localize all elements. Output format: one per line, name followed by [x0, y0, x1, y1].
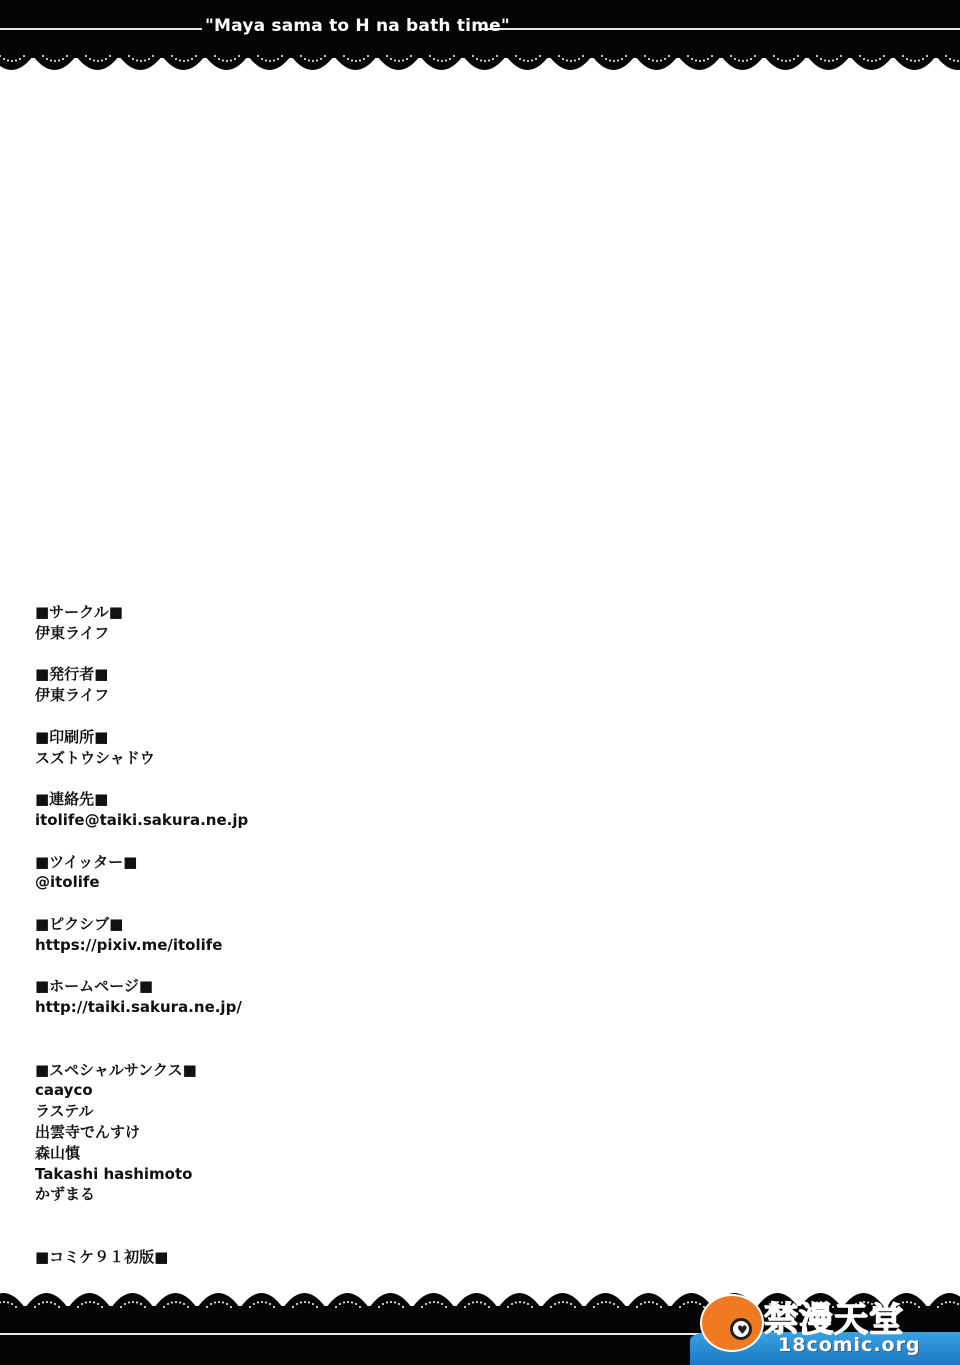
credit-section-printer: ■印刷所■ スズトウシャドウ — [35, 727, 248, 769]
section-heading: ■連絡先■ — [35, 789, 248, 810]
thanks-name: caayco — [35, 1080, 248, 1101]
section-heading: ■ツイッター■ — [35, 852, 248, 873]
twitter-handle: @itolife — [35, 872, 248, 893]
scallop-border-top — [0, 50, 960, 76]
credit-section-circle: ■サークル■ 伊東ライフ — [35, 602, 248, 644]
thanks-name: 出雲寺でんすけ — [35, 1122, 248, 1143]
section-value: スズトウシャドウ — [35, 748, 248, 769]
contact-email: itolife@taiki.sakura.ne.jp — [35, 810, 248, 831]
credit-section-pixiv: ■ピクシブ■ https://pixiv.me/itolife — [35, 914, 248, 956]
section-heading: ■スペシャルサンクス■ — [35, 1060, 248, 1081]
credit-section-special-thanks: ■スペシャルサンクス■ caayco ラステル 出雲寺でんすけ 森山慎 Taka… — [35, 1060, 248, 1206]
site-watermark: ♥ 禁漫天堂 18comic.org — [690, 1284, 960, 1365]
section-heading: ■ホームページ■ — [35, 976, 248, 997]
thanks-name: かずまる — [35, 1184, 248, 1205]
top-rule-left — [0, 28, 202, 30]
section-heading: ■ピクシブ■ — [35, 914, 248, 935]
watermark-url: 18comic.org — [778, 1334, 921, 1356]
homepage-url: http://taiki.sakura.ne.jp/ — [35, 997, 248, 1018]
credit-section-publisher: ■発行者■ 伊東ライフ — [35, 664, 248, 706]
whale-icon: ♥ — [700, 1294, 764, 1352]
section-heading: ■サークル■ — [35, 602, 248, 623]
credit-section-twitter: ■ツイッター■ @itolife — [35, 852, 248, 894]
section-heading: ■発行者■ — [35, 664, 248, 685]
edition-note: ■コミケ９１初版■ — [35, 1247, 248, 1268]
credit-section-homepage: ■ホームページ■ http://taiki.sakura.ne.jp/ — [35, 976, 248, 1018]
page-title: "Maya sama to H na bath time" — [205, 16, 480, 36]
thanks-name: 森山慎 — [35, 1143, 248, 1164]
credits-block: ■サークル■ 伊東ライフ ■発行者■ 伊東ライフ ■印刷所■ スズトウシャドウ … — [35, 602, 248, 1268]
heart-eye-icon: ♥ — [730, 1318, 752, 1340]
top-rule-right — [480, 28, 960, 30]
thanks-name: ラステル — [35, 1101, 248, 1122]
thanks-name: Takashi hashimoto — [35, 1164, 248, 1185]
pixiv-url: https://pixiv.me/itolife — [35, 935, 248, 956]
credit-section-contact: ■連絡先■ itolife@taiki.sakura.ne.jp — [35, 789, 248, 831]
section-heading: ■印刷所■ — [35, 727, 248, 748]
section-value: 伊東ライフ — [35, 685, 248, 706]
section-value: 伊東ライフ — [35, 623, 248, 644]
